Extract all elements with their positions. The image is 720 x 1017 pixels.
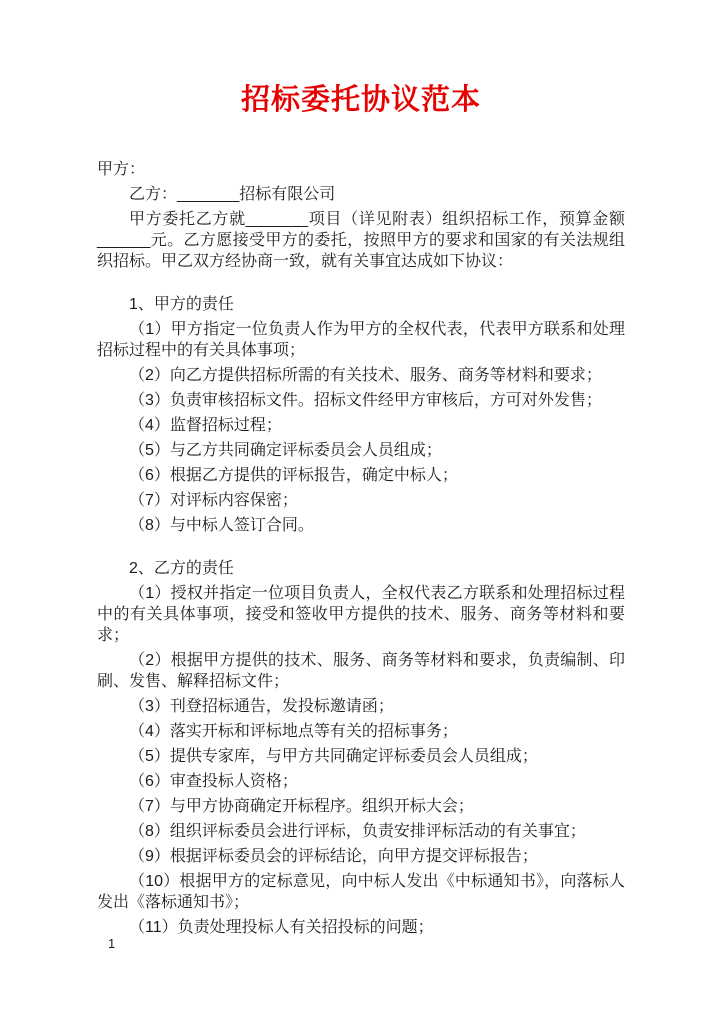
section-2-item: （5）提供专家库，与甲方共同确定评标委员会人员组成； bbox=[97, 746, 625, 767]
section-1-item: （5）与乙方共同确定评标委员会人员组成； bbox=[97, 440, 625, 461]
section-2-item: （9）根据评标委员会的评标结论，向甲方提交评标报告； bbox=[97, 846, 625, 867]
section-2-item: （6）审查投标人资格； bbox=[97, 771, 625, 792]
section-2-item: （8）组织评标委员会进行评标，负责安排评标活动的有关事宜； bbox=[97, 821, 625, 842]
section-1-item: （8）与中标人签订合同。 bbox=[97, 515, 625, 536]
section-1-item: （4）监督招标过程； bbox=[97, 415, 625, 436]
intro-paragraph: 甲方委托乙方就_______项目（详见附表）组织招标工作，预算金额______元… bbox=[97, 209, 625, 272]
section-2-item: （3）刊登招标通告，发投标邀请函； bbox=[97, 696, 625, 717]
document-title: 招标委托协议范本 bbox=[97, 84, 625, 117]
section-2-item: （4）落实开标和评标地点等有关的招标事务； bbox=[97, 721, 625, 742]
document-page: 招标委托协议范本 甲方： 乙方：_______招标有限公司 甲方委托乙方就___… bbox=[0, 0, 720, 1017]
section-1-item: （2）向乙方提供招标所需的有关技术、服务、商务等材料和要求； bbox=[97, 365, 625, 386]
page-number: 1 bbox=[108, 936, 115, 952]
section-1-item: （3）负责审核招标文件。招标文件经甲方审核后，方可对外发售； bbox=[97, 390, 625, 411]
section-2-item: （1）授权并指定一位项目负责人，全权代表乙方联系和处理招标过程中的有关具体事项，… bbox=[97, 583, 625, 646]
section-1-item: （1）甲方指定一位负责人作为甲方的全权代表，代表甲方联系和处理招标过程中的有关具… bbox=[97, 319, 625, 361]
section-2-item: （2）根据甲方提供的技术、服务、商务等材料和要求，负责编制、印刷、发售、解释招标… bbox=[97, 650, 625, 692]
section-2-item: （7）与甲方协商确定开标程序。组织开标大会； bbox=[97, 796, 625, 817]
party-b-line: 乙方：_______招标有限公司 bbox=[97, 184, 625, 205]
section-1-item: （6）根据乙方提供的评标报告，确定中标人； bbox=[97, 465, 625, 486]
section-2-item: （10）根据甲方的定标意见，向中标人发出《中标通知书》，向落标人发出《落标通知书… bbox=[97, 871, 625, 913]
party-a-line: 甲方： bbox=[97, 159, 625, 180]
section-1-item: （7）对评标内容保密； bbox=[97, 490, 625, 511]
section-2-item: （11）负责处理投标人有关招投标的问题； bbox=[97, 917, 625, 938]
section-1-heading: 1、甲方的责任 bbox=[97, 294, 625, 315]
section-2-heading: 2、乙方的责任 bbox=[97, 558, 625, 579]
